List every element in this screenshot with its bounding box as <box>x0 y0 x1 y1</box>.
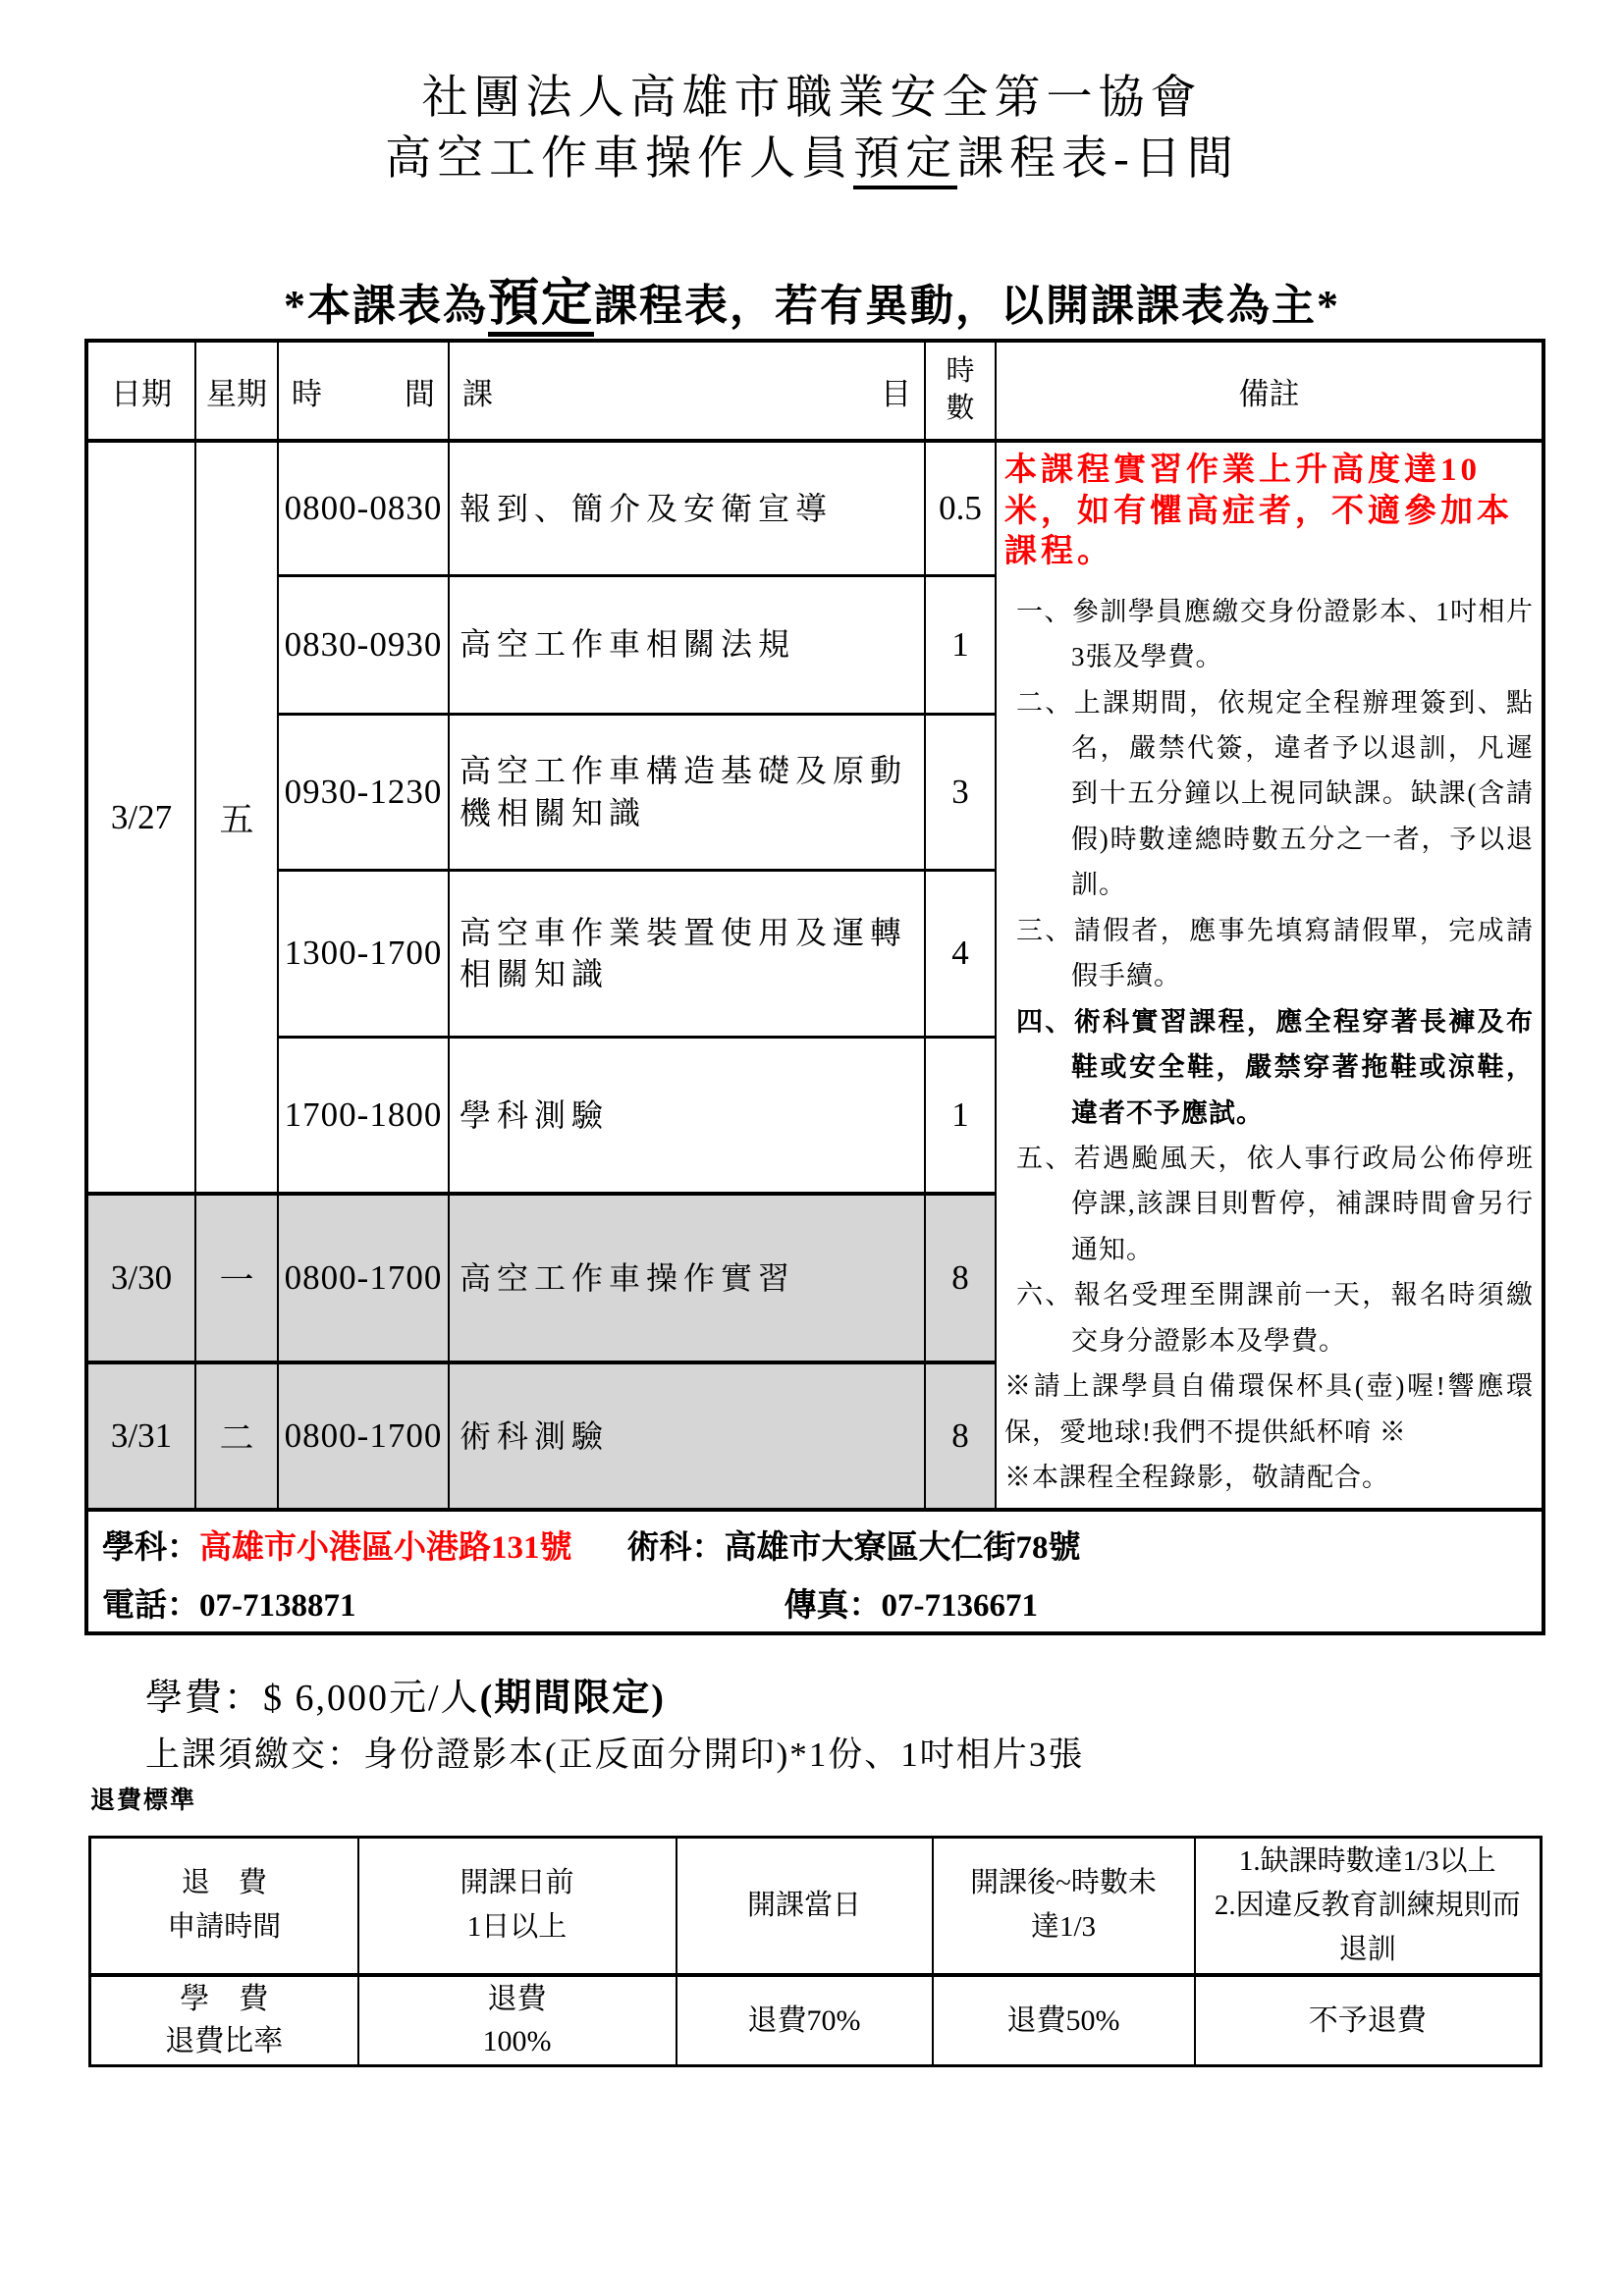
header-hours-bottom: 數 <box>927 391 994 428</box>
note-text: 若遇颱風天，依人事行政局公佈停班停課,該課目則暫停，補課時間會另行通知。 <box>1071 1144 1534 1264</box>
time-cell: 0800-1700 <box>278 1362 449 1510</box>
date-cell-day3: 3/31 <box>86 1362 195 1510</box>
refund-cell-line: 退費比率 <box>92 2020 356 2063</box>
hours-cell: 0.5 <box>925 441 996 575</box>
header-time-right: 間 <box>405 369 435 413</box>
time-cell: 0800-0830 <box>278 441 449 575</box>
schedule-footer-row: 學科：高雄市小港區小港路131號術科：高雄市大寮區大仁街78號 電話：07-71… <box>86 1510 1543 1633</box>
hours-cell: 1 <box>925 575 996 714</box>
fax-number: 傳真：07-7136671 <box>785 1588 1039 1624</box>
time-cell: 0830-0930 <box>278 575 449 714</box>
header-remarks: 備註 <box>996 341 1543 441</box>
note-text: 術科實習課程，應全程穿著長褲及布鞋或安全鞋，嚴禁穿著拖鞋或涼鞋，違者不予應試。 <box>1071 1007 1534 1128</box>
refund-cell-line: 退費70% <box>678 2000 931 2043</box>
refund-cell-line: 退訓 <box>1197 1928 1540 1972</box>
note-text: 請假者，應事先填寫請假單，完成請假手續。 <box>1071 916 1534 990</box>
refund-50-cell: 退費50% <box>933 1975 1195 2066</box>
remark-note-5: 五、若遇颱風天，依人事行政局公佈停班停課,該課目則暫停，補課時間會另行通知。 <box>1016 1136 1534 1272</box>
remark-note-6: 六、報名受理至開課前一天，報名時須繳交身分證影本及學費。 <box>1016 1272 1534 1363</box>
note-number: 四、 <box>1016 1007 1074 1037</box>
practice-location: 術科：高雄市大寮區大仁街78號 <box>627 1530 1081 1566</box>
header-weekday: 星期 <box>195 341 278 441</box>
warning-line: 課程。 <box>1004 532 1534 573</box>
refund-cell-line: 開課當日 <box>678 1884 931 1928</box>
refund-cell-line: 退費50% <box>935 2000 1193 2043</box>
header-hours-top: 時 <box>927 353 994 391</box>
hours-cell: 4 <box>925 870 996 1037</box>
time-cell: 0800-1700 <box>278 1194 449 1362</box>
refund-cell-line: 1.缺課時數達1/3以上 <box>1197 1840 1540 1884</box>
address-footer-cell: 學科：高雄市小港區小港路131號術科：高雄市大寮區大仁街78號 電話：07-71… <box>86 1510 1543 1633</box>
refund-cell-line: 達1/3 <box>935 1905 1193 1949</box>
header-time-left: 時 <box>292 369 322 413</box>
hours-cell: 3 <box>925 714 996 870</box>
refund-cell-line: 開課後~時數未 <box>935 1861 1193 1905</box>
warning-line: 本課程實習作業上升高度達10 <box>1004 451 1534 492</box>
tentative-schedule-notice: *本課表為預定課程表，若有異動，以開課課表為主* <box>0 261 1624 335</box>
notice-prefix: *本課表為 <box>284 282 488 330</box>
address-line: 學科：高雄市小港區小港路131號術科：高雄市大寮區大仁街78號 <box>102 1522 1536 1568</box>
course-schedule-table: 日期 星期 時 間 課 目 時 數 備註 3/27 五 0800-0830 報到… <box>84 339 1545 1635</box>
requirements-line: 上課須繳交：身份證影本(正反面分開印)*1份、1吋相片3張 <box>145 1728 1084 1777</box>
remark-note-1: 一、參訓學員應繳交身份證影本、1吋相片3張及學費。 <box>1016 589 1534 680</box>
schedule-row: 3/27 五 0800-0830 報到、簡介及安衛宣導 0.5 本課程實習作業上… <box>86 441 1543 575</box>
time-cell: 1700-1800 <box>278 1037 449 1194</box>
schedule-header-row: 日期 星期 時 間 課 目 時 數 備註 <box>86 341 1543 441</box>
note-text: 上課期間，依規定全程辦理簽到、點名，嚴禁代簽，違者予以退訓，凡遲到十五分鐘以上視… <box>1071 688 1534 900</box>
hours-cell: 8 <box>925 1362 996 1510</box>
refund-policy-table: 退 費 申請時間 開課日前 1日以上 開課當日 開課後~時數未 達1/3 1.缺… <box>88 1836 1543 2067</box>
header-subject: 課 目 <box>449 341 925 441</box>
phone-number: 電話：07-7138871 <box>102 1588 356 1624</box>
tuition-amount: 學費：$ 6,000元/人 <box>145 1678 480 1719</box>
refund-cell-line: 申請時間 <box>92 1905 356 1949</box>
remarks-cell: 本課程實習作業上升高度達10 米，如有懼高症者，不適參加本 課程。 一、參訓學員… <box>996 441 1543 1510</box>
header-subject-left: 課 <box>462 369 493 413</box>
refund-cell-line: 退費 <box>360 1978 675 2021</box>
document-title-prefix: 高空工作車操作人員 <box>385 133 853 185</box>
header-subject-right: 目 <box>881 369 911 413</box>
contact-line: 電話：07-7138871傳真：07-7136671 <box>102 1579 1536 1626</box>
note-number: 三、 <box>1016 916 1074 945</box>
refund-70-cell: 退費70% <box>677 1975 933 2066</box>
note-number: 二、 <box>1016 688 1074 718</box>
subject-cell: 報到、簡介及安衛宣導 <box>449 441 925 575</box>
refund-policy-title: 退費標準 <box>90 1781 196 1816</box>
tuition-limited-note: (期間限定) <box>480 1678 666 1719</box>
refund-before-start-header: 開課日前 1日以上 <box>358 1838 677 1975</box>
weekday-cell-day2: 一 <box>195 1194 278 1362</box>
note-number: 六、 <box>1016 1280 1074 1309</box>
header-time: 時 間 <box>278 341 449 441</box>
date-cell-day2: 3/30 <box>86 1194 195 1362</box>
remark-note-3: 三、請假者，應事先填寫請假單，完成請假手續。 <box>1016 908 1534 999</box>
notice-underlined: 預定 <box>488 276 594 337</box>
subject-cell: 術科測驗 <box>449 1362 925 1510</box>
refund-none-cell: 不予退費 <box>1195 1975 1542 2066</box>
refund-header-row: 退 費 申請時間 開課日前 1日以上 開課當日 開課後~時數未 達1/3 1.缺… <box>90 1838 1542 1975</box>
header-hours: 時 數 <box>925 341 996 441</box>
note-text: 參訓學員應繳交身份證影本、1吋相片3張及學費。 <box>1071 597 1534 671</box>
height-warning-text: 本課程實習作業上升高度達10 米，如有懼高症者，不適參加本 課程。 <box>1004 451 1534 573</box>
document-title-suffix: 課程表-日間 <box>957 133 1239 185</box>
time-cell: 0930-1230 <box>278 714 449 870</box>
hours-cell: 1 <box>925 1037 996 1194</box>
refund-ratio-label: 學 費 退費比率 <box>90 1975 358 2066</box>
refund-cell-line: 2.因違反教育訓練規則而 <box>1197 1884 1540 1928</box>
refund-value-row: 學 費 退費比率 退費 100% 退費70% 退費50% 不予退費 <box>90 1975 1542 2066</box>
refund-cell-line: 退 費 <box>92 1861 356 1905</box>
note-number: 五、 <box>1016 1144 1074 1173</box>
refund-dismissal-header: 1.缺課時數達1/3以上 2.因違反教育訓練規則而 退訓 <box>1195 1838 1542 1975</box>
eco-cup-note: ※請上課學員自備環保杯具(壺)喔!響應環保，愛地球!我們不提供紙杯唷 ※ <box>1004 1363 1534 1455</box>
subject-cell: 高空工作車操作實習 <box>449 1194 925 1362</box>
subject-cell: 高空車作業裝置使用及運轉相關知識 <box>449 870 925 1037</box>
refund-after-start-header: 開課後~時數未 達1/3 <box>933 1838 1195 1975</box>
refund-same-day-header: 開課當日 <box>677 1838 933 1975</box>
refund-cell-line: 不予退費 <box>1197 2000 1540 2043</box>
theory-location-label: 學科： <box>102 1530 199 1566</box>
refund-cell-line: 100% <box>360 2020 675 2063</box>
notice-suffix: 課程表，若有異動，以開課課表為主* <box>594 282 1340 330</box>
theory-location-address: 高雄市小港區小港路131號 <box>199 1530 572 1566</box>
header-date: 日期 <box>86 341 195 441</box>
subject-cell: 高空工作車相關法規 <box>449 575 925 714</box>
refund-cell-line: 開課日前 <box>360 1861 675 1905</box>
remark-note-2: 二、上課期間，依規定全程辦理簽到、點名，嚴禁代簽，違者予以退訓，凡遲到十五分鐘以… <box>1016 680 1534 908</box>
recording-note: ※本課程全程錄影，敬請配合。 <box>1004 1455 1534 1500</box>
weekday-cell-day1: 五 <box>195 441 278 1194</box>
warning-line: 米，如有懼高症者，不適參加本 <box>1004 492 1534 533</box>
date-cell-day1: 3/27 <box>86 441 195 1194</box>
document-title-underlined: 預定 <box>853 133 957 189</box>
tuition-line: 學費：$ 6,000元/人(期間限定) <box>145 1667 666 1721</box>
document-title: 高空工作車操作人員預定課程表-日間 <box>0 122 1624 187</box>
hours-cell: 8 <box>925 1194 996 1362</box>
weekday-cell-day3: 二 <box>195 1362 278 1510</box>
time-cell: 1300-1700 <box>278 870 449 1037</box>
subject-cell: 高空工作車構造基礎及原動機相關知識 <box>449 714 925 870</box>
note-number: 一、 <box>1016 597 1072 626</box>
refund-request-time-header: 退 費 申請時間 <box>90 1838 358 1975</box>
document-page: { "doc": { "title_line1": "社團法人高雄市職業安全第一… <box>0 0 1624 2296</box>
remark-note-4: 四、術科實習課程，應全程穿著長褲及布鞋或安全鞋，嚴禁穿著拖鞋或涼鞋，違者不予應試… <box>1016 999 1534 1136</box>
refund-100-cell: 退費 100% <box>358 1975 677 2066</box>
organization-title: 社團法人高雄市職業安全第一協會 <box>0 61 1624 127</box>
subject-cell: 學科測驗 <box>449 1037 925 1194</box>
note-text: 報名受理至開課前一天，報名時須繳交身分證影本及學費。 <box>1071 1280 1534 1355</box>
refund-cell-line: 學 費 <box>92 1978 356 2021</box>
refund-cell-line: 1日以上 <box>360 1905 675 1949</box>
